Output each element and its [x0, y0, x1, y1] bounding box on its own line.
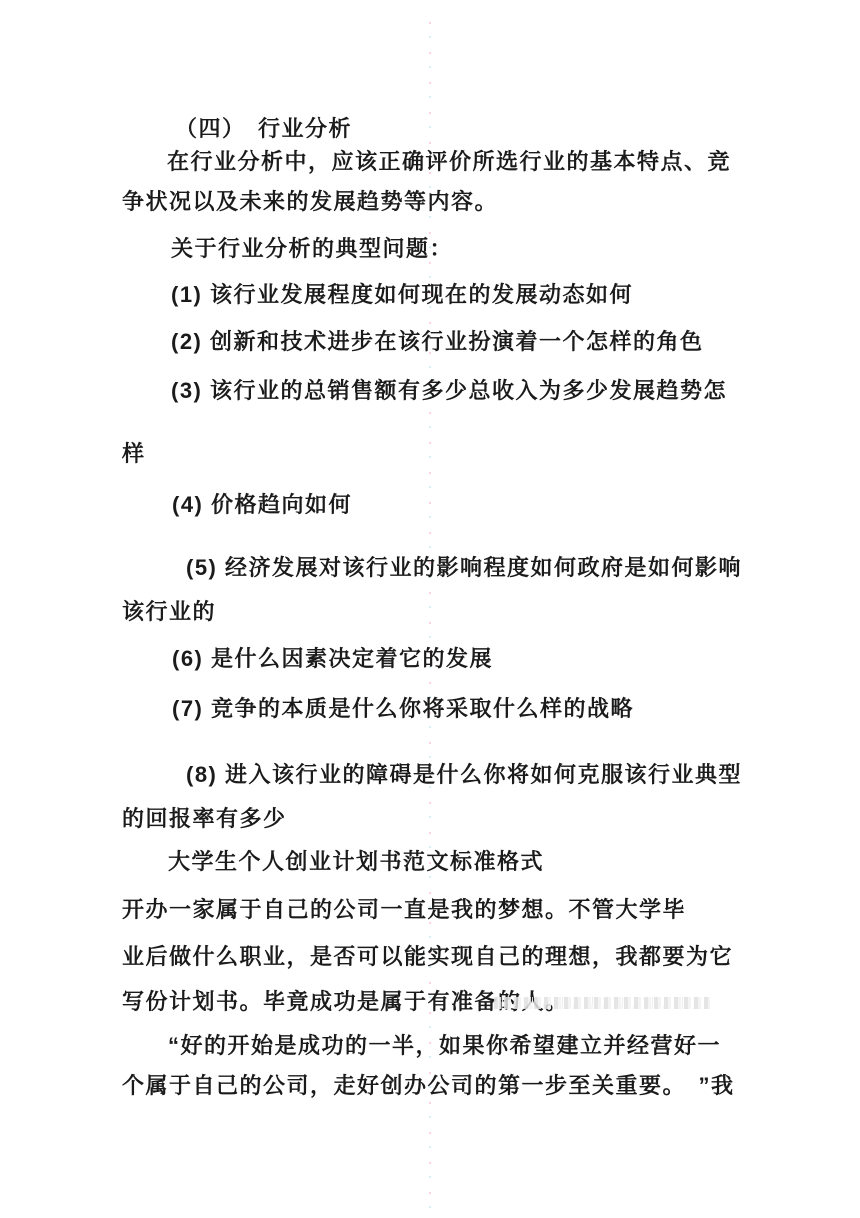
numbered-item-1: (1) 该行业发展程度如何现在的发展动态如何 — [171, 284, 633, 306]
numbered-item-3: (3) 该行业的总销售额有多少总收入为多少发展趋势怎 — [171, 380, 727, 402]
numbered-item-6: (6) 是什么因素决定着它的发展 — [172, 648, 493, 670]
quote-line: “好的开始是成功的一半，如果你希望建立并经营好一 — [168, 1035, 721, 1057]
numbered-item-8-cont: 的回报率有多少 — [122, 808, 287, 830]
paragraph-line: 关于行业分析的典型问题： — [171, 238, 453, 260]
quote-line-cont: 个属于自己的公司，走好创办公司的第一步至关重要。 ”我 — [122, 1075, 735, 1097]
numbered-item-8: (8) 进入该行业的障碍是什么你将如何克服该行业典型 — [186, 764, 742, 786]
document-page: （四） 行业分析 在行业分析中，应该正确评价所选行业的基本特点、竞 争状况以及未… — [0, 0, 860, 1218]
numbered-item-5-cont: 该行业的 — [122, 601, 216, 623]
subsection-title: 大学生个人创业计划书范文标准格式 — [168, 851, 544, 873]
numbered-item-7: (7) 竞争的本质是什么你将采取什么样的战略 — [172, 698, 634, 720]
section-heading: （四） 行业分析 — [175, 118, 352, 140]
numbered-item-3-cont: 样 — [122, 443, 146, 465]
numbered-item-2: (2) 创新和技术进步在该行业扮演着一个怎样的角色 — [171, 331, 704, 353]
paragraph-line: 争状况以及未来的发展趋势等内容。 — [122, 191, 498, 213]
numbered-item-5: (5) 经济发展对该行业的影响程度如何政府是如何影响 — [186, 557, 742, 579]
paragraph-line: 开办一家属于自己的公司一直是我的梦想。不管大学毕 — [122, 899, 686, 921]
paragraph-line: 在行业分析中，应该正确评价所选行业的基本特点、竞 — [167, 151, 731, 173]
numbered-item-4: (4) 价格趋向如何 — [172, 494, 352, 516]
paragraph-line: 业后做什么职业，是否可以能实现自己的理想，我都要为它 — [122, 946, 733, 968]
paragraph-line: 写份计划书。毕竟成功是属于有准备的人。 — [122, 991, 569, 1013]
